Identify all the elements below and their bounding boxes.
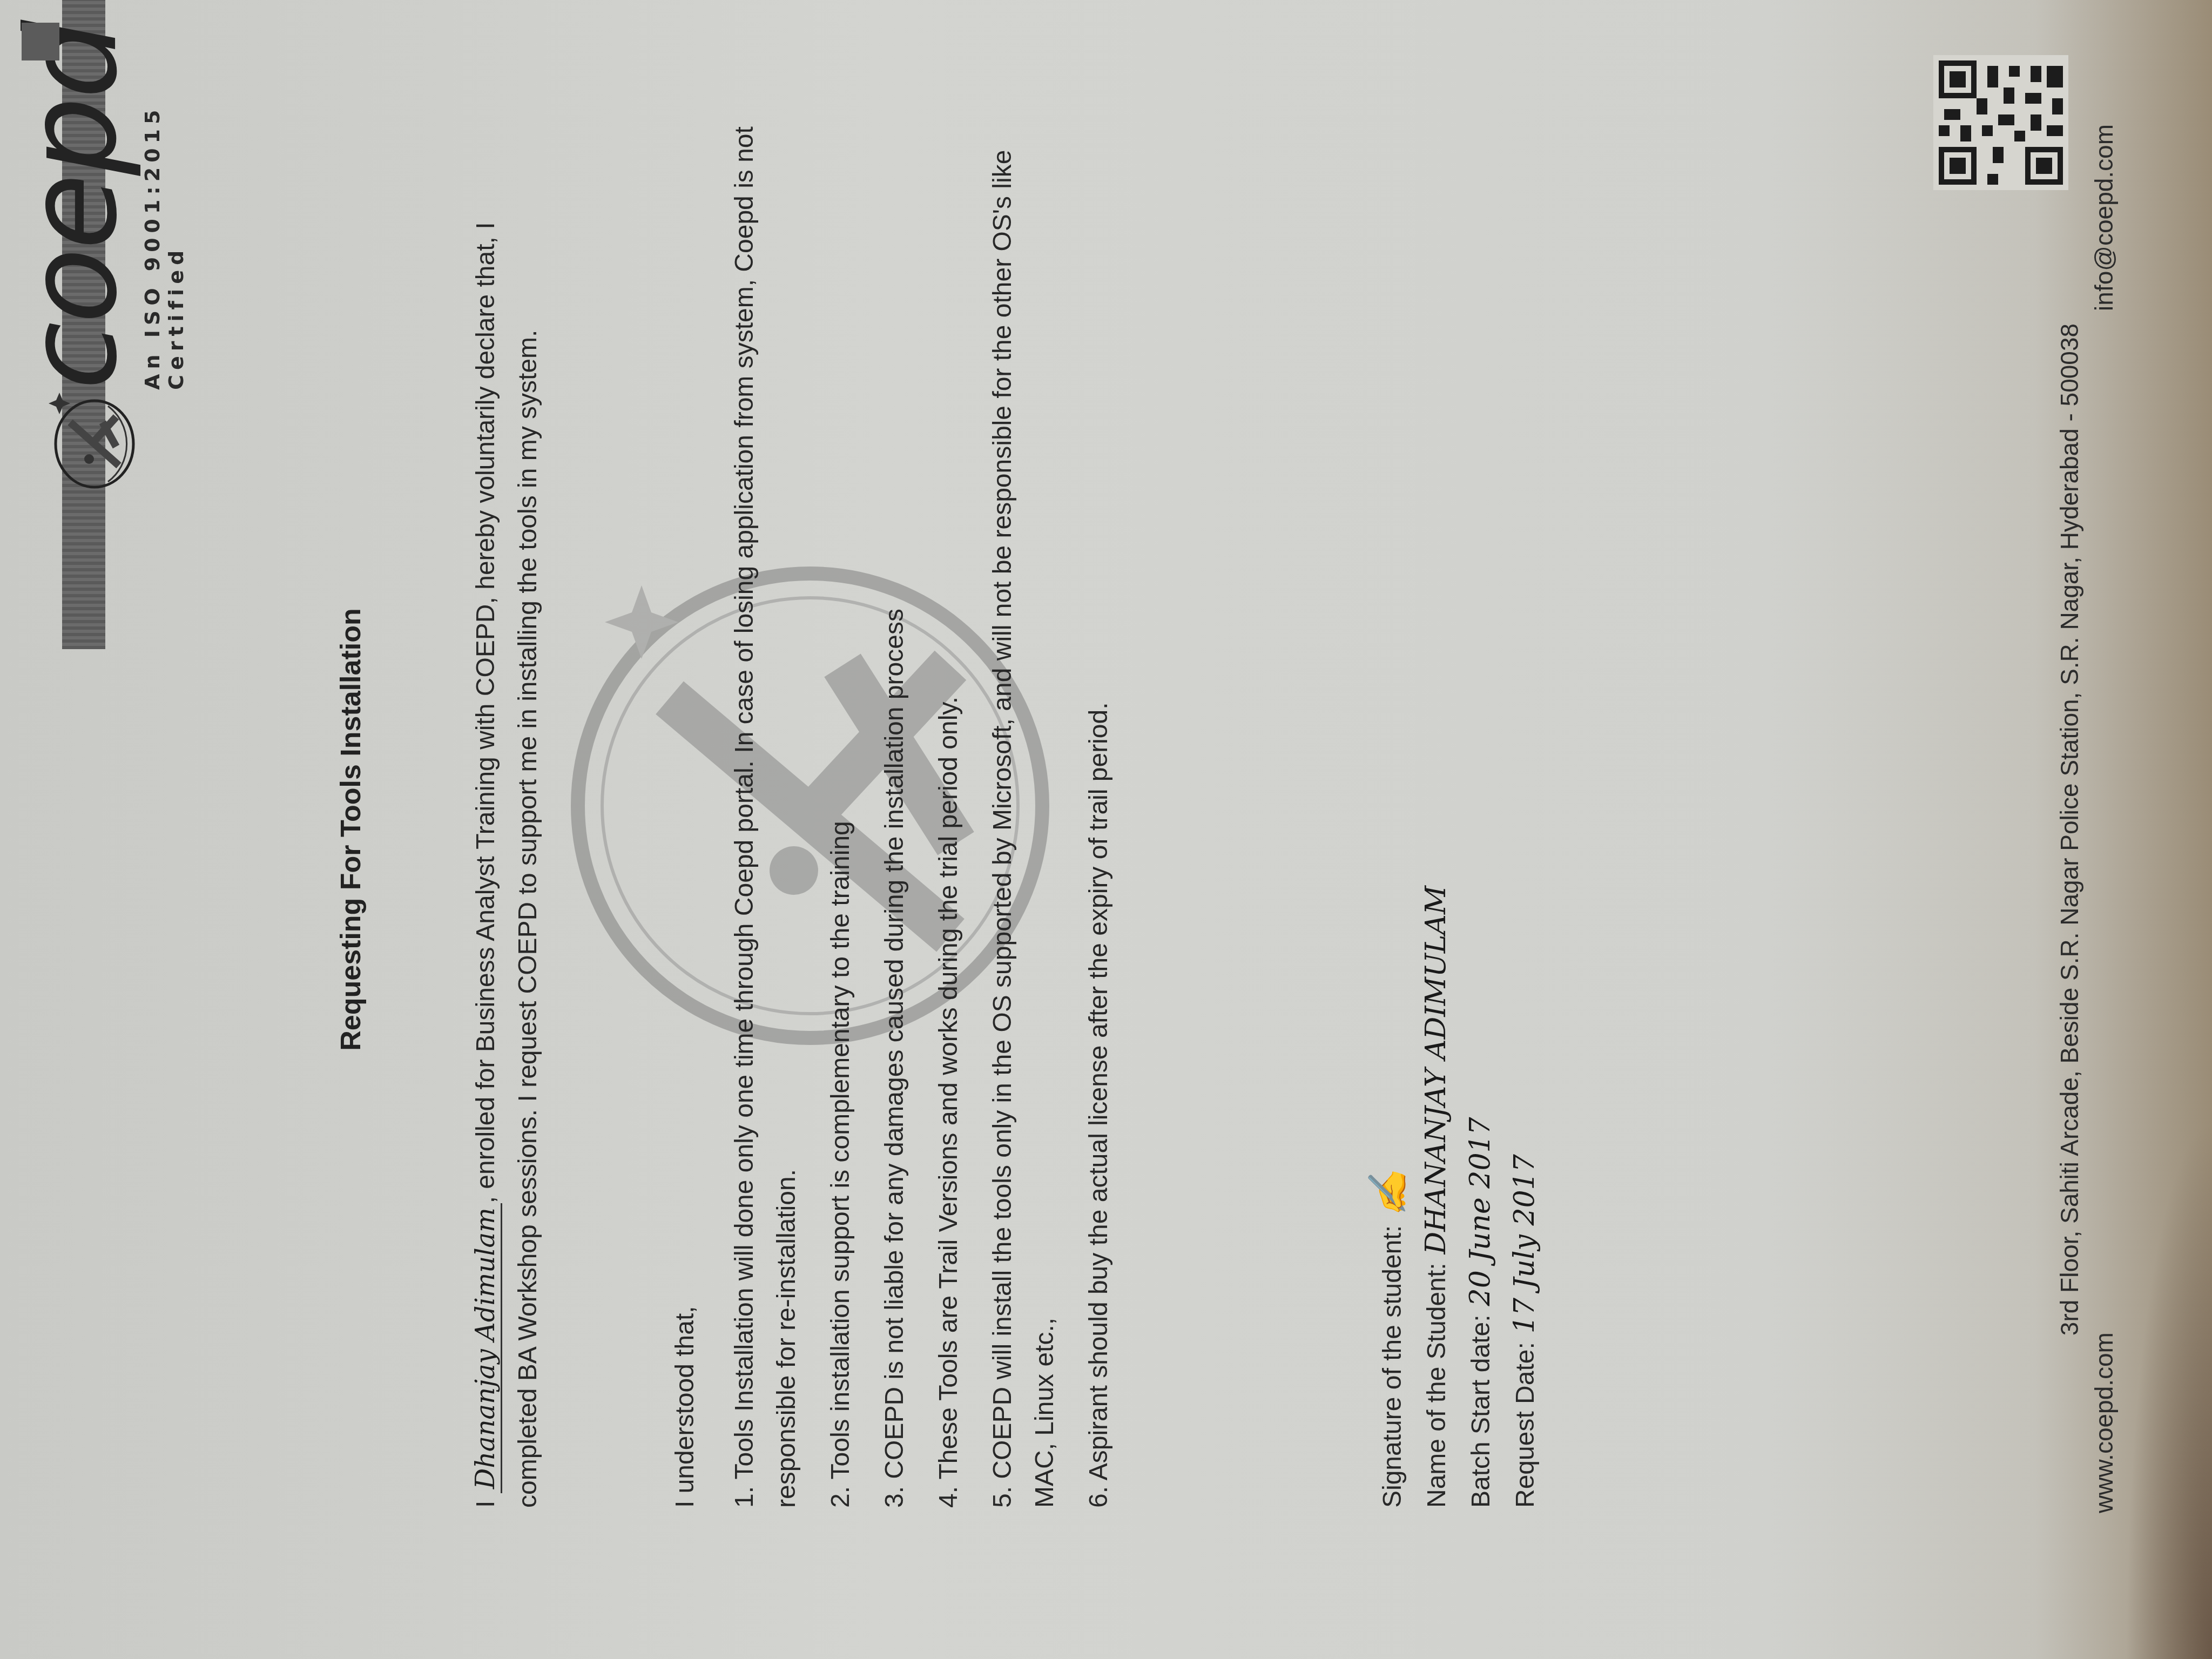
handwritten-student-name: Dhananjay Adimulam xyxy=(470,1203,502,1493)
batch-start-label: Batch Start date: xyxy=(1460,1314,1503,1508)
signature-label: Signature of the student: xyxy=(1371,1225,1414,1508)
page-title: Requesting For Tools Installation xyxy=(335,0,367,1659)
condition-item: 6. Aspirant should buy the actual licens… xyxy=(1078,104,1120,1508)
student-name-row: Name of the Student: DHANANJAY ADIMULAM xyxy=(1414,104,1459,1508)
request-date-label: Request Date: xyxy=(1504,1342,1547,1508)
corner-mark xyxy=(22,23,59,60)
conditions-list: 1. Tools Installation will done only one… xyxy=(724,104,1132,1508)
condition-item: 2. Tools installation support is complem… xyxy=(820,104,862,1508)
condition-item: 5. COEPD will install the tools only in … xyxy=(982,104,1066,1508)
signature-row: Signature of the student: ✍ xyxy=(1366,104,1414,1508)
request-date-value: 17 July 2017 xyxy=(1503,1154,1546,1333)
request-date-row: Request Date: 17 July 2017 xyxy=(1503,104,1547,1508)
intro-prefix: I xyxy=(471,1501,500,1508)
understood-label: I understood that, xyxy=(664,104,706,1508)
student-name-label: Name of the Student: xyxy=(1415,1263,1459,1508)
brand-logo: coepd xyxy=(11,22,135,390)
footer-address: 3rd Floor, Sahiti Arcade, Beside S.R. Na… xyxy=(2052,0,2087,1659)
coepd-emblem-icon xyxy=(38,390,146,498)
condition-item: 1. Tools Installation will done only one… xyxy=(724,104,808,1508)
footer: 3rd Floor, Sahiti Arcade, Beside S.R. Na… xyxy=(2052,0,2121,1659)
footer-email[interactable]: info@coepd.com xyxy=(2087,124,2121,311)
signature-mark: ✍ xyxy=(1366,1170,1410,1217)
footer-website[interactable]: www.coepd.com xyxy=(2087,1332,2121,1513)
condition-item: 3. COEPD is not liable for any damages c… xyxy=(874,104,916,1508)
qr-code-icon xyxy=(1933,55,2068,190)
signature-block: Signature of the student: ✍ Name of the … xyxy=(1366,104,1547,1508)
iso-certification: An ISO 9001:2015 Certified xyxy=(140,0,188,390)
batch-start-row: Batch Start date: 20 June 2017 xyxy=(1459,104,1503,1508)
batch-start-value: 20 June 2017 xyxy=(1459,1117,1502,1306)
intro-paragraph: I Dhananjay Adimulam, enrolled for Busin… xyxy=(464,104,549,1508)
condition-item: 4. These Tools are Trail Versions and wo… xyxy=(928,104,970,1508)
student-name-value: DHANANJAY ADIMULAM xyxy=(1414,886,1458,1254)
document-page: coepd An ISO 9001:2015 Certified Request… xyxy=(0,0,2212,1659)
